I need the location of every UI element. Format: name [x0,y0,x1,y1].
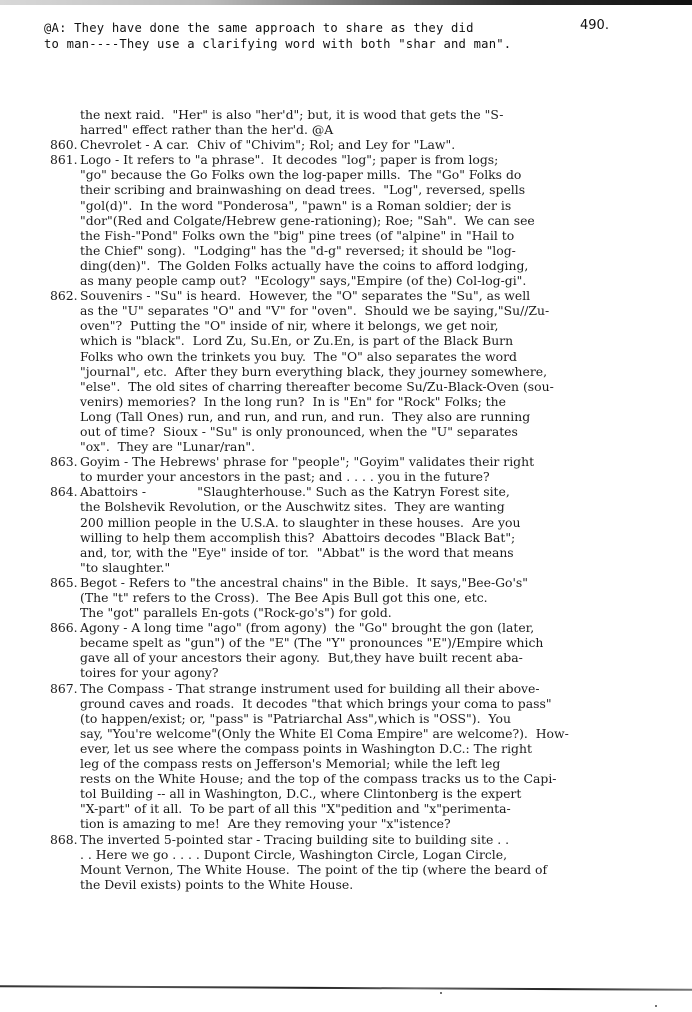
text-line: the Bolshevik Revolution, or the Auschwi… [80,499,650,514]
header-note-line: @A: They have done the same approach to … [44,20,644,36]
text-line: "journal", etc. After they burn everythi… [80,364,650,379]
text-line: The "got" parallels En-gots ("Rock-go's"… [80,605,650,620]
text-line: their scribing and brainwashing on dead … [80,182,650,197]
text-line: the Fish-"Pond" Folks own the "big" pine… [80,228,650,243]
text-line: Long (Tall Ones) run, and run, and run, … [80,409,650,424]
text-line: ding(den)". The Golden Folks actually ha… [80,258,650,273]
entry-number: 868. [50,832,78,847]
entry-number: 865. [50,575,78,590]
numbered-entry: 867.The Compass - That strange instrumen… [50,681,650,832]
text-line: leg of the compass rests on Jefferson's … [80,756,650,771]
text-line: gave all of your ancestors their agony. … [80,650,650,665]
page-bottom-rule [0,985,692,991]
entry-number: 861. [50,152,78,167]
text-line: say, "You're welcome"(Only the White El … [80,726,650,741]
text-line: venirs) memories? In the long run? In is… [80,394,650,409]
entry-list: 860.Chevrolet - A car. Chiv of "Chivim";… [50,137,650,892]
text-line: rests on the White House; and the top of… [80,771,650,786]
numbered-entry: 862.Souvenirs - "Su" is heard. However, … [50,288,650,454]
entry-number: 863. [50,454,78,469]
text-line: Abattoirs - "Slaughterhouse." Such as th… [80,484,650,499]
scan-speck [440,992,442,994]
text-line: "X-part" of it all. To be part of all th… [80,801,650,816]
header-note: @A: They have done the same approach to … [44,20,644,52]
scan-speck [655,1005,657,1007]
numbered-entry: 863.Goyim - The Hebrews' phrase for "peo… [50,454,650,484]
continuation-paragraph: the next raid. "Her" is also "her'd"; bu… [50,107,650,137]
numbered-entry: 861.Logo - It refers to "a phrase". It d… [50,152,650,288]
text-line: Agony - A long time "ago" (from agony) t… [80,620,650,635]
text-line: Begot - Refers to "the ancestral chains"… [80,575,650,590]
text-line: as many people camp out? "Ecology" says,… [80,273,650,288]
text-line: toires for your agony? [80,665,650,680]
text-line: Logo - It refers to "a phrase". It decod… [80,152,650,167]
text-line: as the "U" separates "O" and "V" for "ov… [80,303,650,318]
text-line: "else". The old sites of charring therea… [80,379,650,394]
text-line: willing to help them accomplish this? Ab… [80,530,650,545]
text-line: the Devil exists) points to the White Ho… [80,877,650,892]
text-line: and, tor, with the "Eye" inside of tor. … [80,545,650,560]
text-line: Chevrolet - A car. Chiv of "Chivim"; Rol… [80,137,650,152]
text-line: out of time? Sioux - "Su" is only pronou… [80,424,650,439]
text-line: ever, let us see where the compass point… [80,741,650,756]
text-line: Mount Vernon, The White House. The point… [80,862,650,877]
entry-number: 864. [50,484,78,499]
text-line: the Chief" song). "Lodging" has the "d-g… [80,243,650,258]
text-line: became spelt as "gun") of the "E" (The "… [80,635,650,650]
numbered-entry: 865.Begot - Refers to "the ancestral cha… [50,575,650,620]
text-line: . . Here we go . . . . Dupont Circle, Wa… [80,847,650,862]
entry-number: 867. [50,681,78,696]
scan-top-edge [0,0,692,5]
text-line: The Compass - That strange instrument us… [80,681,650,696]
numbered-entry: 864.Abattoirs - "Slaughterhouse." Such a… [50,484,650,575]
entry-number: 860. [50,137,78,152]
text-line: "to slaughter." [80,560,650,575]
text-line: oven"? Putting the "O" inside of nir, wh… [80,318,650,333]
text-line: 200 million people in the U.S.A. to slau… [80,515,650,530]
text-line: to murder your ancestors in the past; an… [80,469,650,484]
text-line: ground caves and roads. It decodes "that… [80,696,650,711]
entry-number: 866. [50,620,78,635]
document-body: the next raid. "Her" is also "her'd"; bu… [50,107,650,892]
text-line: which is "black". Lord Zu, Su.En, or Zu.… [80,333,650,348]
entry-number: 862. [50,288,78,303]
text-line: "gol(d)". In the word "Ponderosa", "pawn… [80,198,650,213]
text-line: the next raid. "Her" is also "her'd"; bu… [80,107,650,122]
text-line: Souvenirs - "Su" is heard. However, the … [80,288,650,303]
text-line: tol Building -- all in Washington, D.C.,… [80,786,650,801]
text-line: "go" because the Go Folks own the log-pa… [80,167,650,182]
page-number: 490. [580,18,609,33]
header-note-line: to man----They use a clarifying word wit… [44,36,644,52]
numbered-entry: 866.Agony - A long time "ago" (from agon… [50,620,650,680]
text-line: "dor"(Red and Colgate/Hebrew gene-ration… [80,213,650,228]
text-line: "ox". They are "Lunar/ran". [80,439,650,454]
numbered-entry: 860.Chevrolet - A car. Chiv of "Chivim";… [50,137,650,152]
text-line: The inverted 5-pointed star - Tracing bu… [80,832,650,847]
text-line: harred" effect rather than the her'd. @A [80,122,650,137]
text-line: (The "t" refers to the Cross). The Bee A… [80,590,650,605]
text-line: (to happen/exist; or, "pass" is "Patriar… [80,711,650,726]
text-line: Folks who own the trinkets you buy. The … [80,349,650,364]
text-line: tion is amazing to me! Are they removing… [80,816,650,831]
text-line: Goyim - The Hebrews' phrase for "people"… [80,454,650,469]
numbered-entry: 868.The inverted 5-pointed star - Tracin… [50,832,650,892]
